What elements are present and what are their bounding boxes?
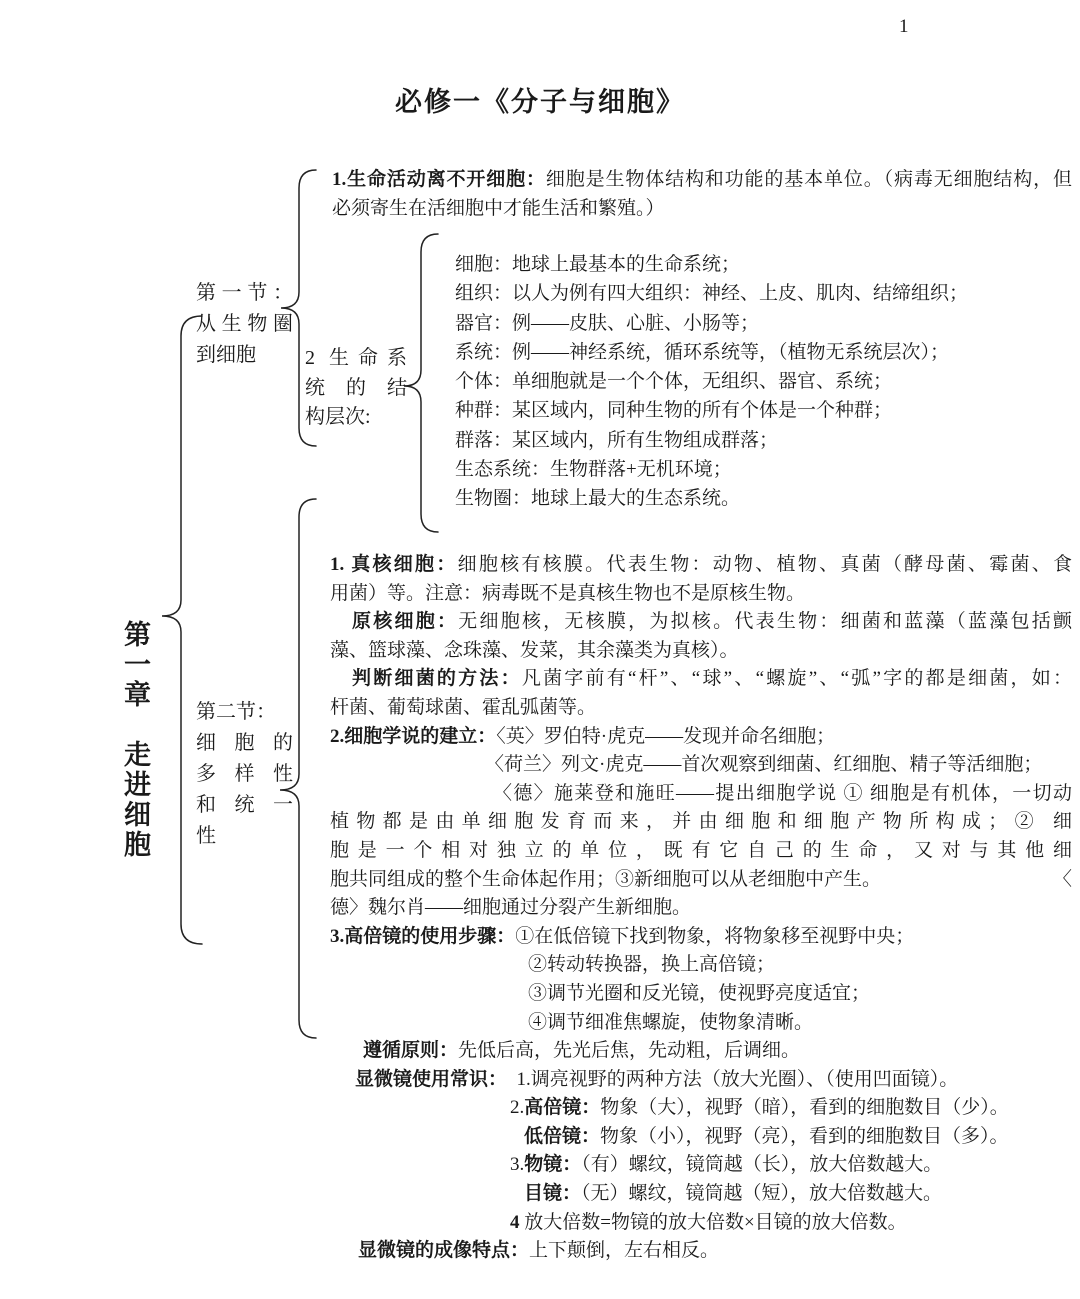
document-page: 1 必修一《分子与细胞》 第一章 走进细胞 第一节：从生物圈到细胞 1.生命活动… bbox=[0, 0, 1080, 1299]
chapter-title: 第一章 走进细胞 bbox=[116, 620, 155, 860]
section1-label: 第一节：从生物圈到细胞 bbox=[196, 278, 293, 371]
text-line: 系统：例——神经系统，循环系统等，（植物无系统层次）； bbox=[455, 338, 1065, 367]
text-line: 3.物镜：（有）螺纹，镜筒越（长），放大倍数越大。 bbox=[330, 1151, 1072, 1180]
text-line: 器官：例——皮肤、心脏、小肠等； bbox=[455, 309, 1065, 338]
text-line: 1. 真核细胞：细胞核有核膜。代表生物：动物、植物、真菌（酵母菌、霉菌、食 bbox=[330, 551, 1072, 580]
text-line: ④调节细准焦螺旋，使物象清晰。 bbox=[330, 1009, 1072, 1038]
text-line: 统的结 bbox=[305, 374, 407, 404]
text-line: 遵循原则：先低后高，先光后焦，先动粗，后调细。 bbox=[330, 1037, 1072, 1066]
text-line: 和统一 bbox=[196, 790, 293, 821]
text-line: 植物都是由单细胞发育而来，并由细胞和细胞产物所构成；② 细 bbox=[330, 808, 1072, 837]
text-line: 低倍镜：物象（小），视野（亮），看到的细胞数目（多）。 bbox=[330, 1123, 1072, 1152]
text-line: 判断细菌的方法：凡菌字前有“杆”、“球”、“螺旋”、“弧”字的都是细菌，如： bbox=[330, 665, 1072, 694]
section2-label: 第二节：细胞的多样性和统一性 bbox=[196, 697, 293, 852]
text-line: 藻、篮球藻、念珠藻、发菜，其余藻类为真核）。 bbox=[330, 637, 1072, 666]
life-system-label: 2 生命系统的结构层次: bbox=[305, 344, 407, 433]
text-line: 〈荷兰〉列文·虎克——首次观察到细菌、红细胞、精子等活细胞； bbox=[330, 751, 1072, 780]
text-line: 2.高倍镜：物象（大），视野（暗），看到的细胞数目（少）。 bbox=[330, 1094, 1072, 1123]
text-line: 〈德〉施莱登和施旺——提出细胞学说 ① 细胞是有机体，一切动 bbox=[330, 780, 1072, 809]
text-line: 用菌）等。注意：病毒既不是真核生物也不是原核生物。 bbox=[330, 580, 1072, 609]
text-line: 2 生命系 bbox=[305, 344, 407, 374]
text-line: 生物圈：地球上最大的生态系统。 bbox=[455, 484, 1065, 513]
text-line: 杆菌、葡萄球菌、霍乱弧菌等。 bbox=[330, 694, 1072, 723]
text-line: 1.生命活动离不开细胞：细胞是生物体结构和功能的基本单位。（病毒无细胞结构，但 bbox=[332, 166, 1072, 195]
section1-point1: 1.生命活动离不开细胞：细胞是生物体结构和功能的基本单位。（病毒无细胞结构，但必… bbox=[332, 166, 1072, 223]
page-number: 1 bbox=[899, 16, 909, 38]
text-line: ②转动转换器，换上高倍镜； bbox=[330, 951, 1072, 980]
text-line: 个体：单细胞就是一个个体，无组织、器官、系统； bbox=[455, 367, 1065, 396]
text-line: 性 bbox=[196, 821, 293, 852]
text-line: 从生物圈 bbox=[196, 309, 293, 340]
text-line: 组织：以人为例有四大组织：神经、上皮、肌肉、结缔组织； bbox=[455, 279, 1065, 308]
section2-content: 1. 真核细胞：细胞核有核膜。代表生物：动物、植物、真菌（酵母菌、霉菌、食用菌）… bbox=[330, 551, 1072, 1266]
text-line: 3.高倍镜的使用步骤：①在低倍镜下找到物象，将物象移至视野中央； bbox=[330, 923, 1072, 952]
text-line: 种群：某区域内，同种生物的所有个体是一个种群； bbox=[455, 396, 1065, 425]
text-line: 显微镜的成像特点：上下颠倒，左右相反。 bbox=[330, 1237, 1072, 1266]
text-line: 德〉魏尔肖——细胞通过分裂产生新细胞。 bbox=[330, 894, 1072, 923]
text-line: 胞共同组成的整个生命体起作用；③新细胞可以从老细胞中产生。〈 bbox=[330, 866, 1072, 895]
text-line: 生态系统：生物群落+无机环境； bbox=[455, 455, 1065, 484]
life-system-brace bbox=[404, 234, 438, 532]
text-line: 细胞：地球上最基本的生命系统； bbox=[455, 250, 1065, 279]
text-line: 多样性 bbox=[196, 759, 293, 790]
text-line: 显微镜使用常识： 1.调亮视野的两种方法（放大光圈）、（使用凹面镜）。 bbox=[330, 1066, 1072, 1095]
text-line: 第一节： bbox=[196, 278, 293, 309]
doc-title: 必修一《分子与细胞》 bbox=[0, 80, 1080, 119]
text-line: ③调节光圈和反光镜，使视野亮度适宜； bbox=[330, 980, 1072, 1009]
text-line: 第二节： bbox=[196, 697, 293, 728]
text-line: 必须寄生在活细胞中才能生活和繁殖。） bbox=[332, 195, 1072, 224]
text-line: 胞是一个相对独立的单位，既有它自己的生命，又对与其他细 bbox=[330, 837, 1072, 866]
text-line: 构层次: bbox=[305, 403, 407, 433]
text-line: 细胞的 bbox=[196, 728, 293, 759]
text-line: 原核细胞：无细胞核，无核膜，为拟核。代表生物：细菌和蓝藻（蓝藻包括颤 bbox=[330, 608, 1072, 637]
life-system-list: 细胞：地球上最基本的生命系统；组织：以人为例有四大组织：神经、上皮、肌肉、结缔组… bbox=[455, 250, 1065, 514]
text-line: 4 放大倍数=物镜的放大倍数×目镜的放大倍数。 bbox=[330, 1209, 1072, 1238]
text-line: 到细胞 bbox=[196, 340, 293, 371]
text-line: 群落：某区域内，所有生物组成群落； bbox=[455, 426, 1065, 455]
text-line: 2.细胞学说的建立：〈英〉罗伯特·虎克——发现并命名细胞； bbox=[330, 723, 1072, 752]
text-line: 目镜：（无）螺纹，镜筒越（短），放大倍数越大。 bbox=[330, 1180, 1072, 1209]
